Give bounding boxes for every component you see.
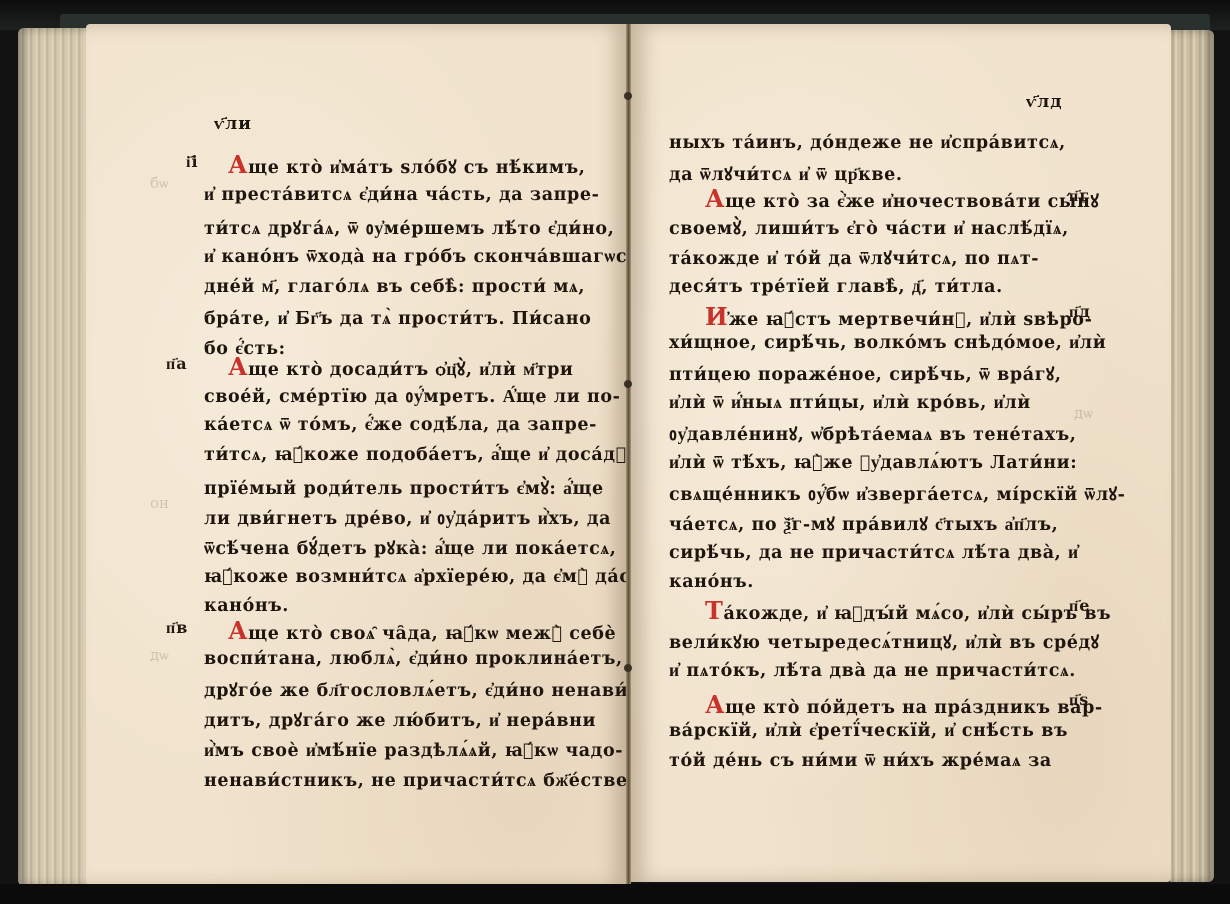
text-line: свѧще́нникъ ᲂу҆́бѡ и҆зверга́етсѧ, мі́рск…	[669, 482, 1125, 506]
text-line: ка́етсѧ ѿ то́мъ, є҆́же содѣ́ла, да запре…	[204, 414, 597, 435]
text-line: Аще кто̀ за є҆̀же и҆ночествова́ти сы́нꙋ	[705, 184, 1099, 213]
red-initial: И	[705, 302, 728, 331]
text-line: дрꙋго́е же бл҃гословлѧ́етъ, є҆ди́но нена…	[204, 678, 636, 702]
text-line: да ѿлꙋчи́тсѧ и҆ ѿ цр҃кве.	[669, 162, 903, 186]
binding-stitch	[624, 664, 632, 672]
text-line: ти́тсѧ, ꙗ҆́коже подоба́етъ, а҆́ще и҆ дос…	[204, 444, 627, 465]
red-initial: А	[228, 616, 248, 645]
text-line: Аще кто̀ по́йдетъ на пра́здникъ вар-	[705, 690, 1103, 719]
canon-number: п҃в	[166, 618, 188, 638]
red-initial: А	[228, 150, 248, 179]
text-line: своемꙋ̀, лиши́тъ є҆го̀ ча́сти и҆ наслѣ́д…	[669, 216, 1069, 240]
text-line: ва́рскїй, и҆лѝ є҆ретї́ческїй, и҆ снѣ́сть…	[669, 720, 1068, 741]
text-line: та́кожде и҆ то́й да ѿлꙋчи́тсѧ, по пѧт-	[669, 246, 1039, 270]
text-line: кано́нъ.	[669, 572, 754, 592]
show-through-text: дѡ	[1074, 404, 1093, 423]
left-page: ѵ҃ли бѡ он дѡ і҃і Аще кто̀ и҆ма́тъ ѕло́б…	[86, 24, 629, 886]
canon-number: п҃а	[166, 354, 188, 374]
red-initial: Т	[705, 596, 723, 625]
text-line: Аще кто̀ своѧ̑ ча̑да, ꙗ҆́кѡ межꙋ̀ себѐ	[228, 616, 616, 645]
red-initial: А	[705, 184, 725, 213]
text-line: вели́кꙋю четыредесѧ́тницꙋ, и҆лѝ въ сре́д…	[669, 630, 1100, 654]
text-line: Та́кожде, и҆ ꙗ҆дꙑ́й мѧ́со, и҆лѝ сы́ръ въ	[705, 596, 1111, 625]
text-line: сирѣ́чь, да не причасти́тсѧ лѣ́та два̀, …	[669, 542, 1079, 563]
text-line: И҆же ꙗ҆́стъ мертвечи́нꙋ, и҆лѝ ѕвѣро-	[705, 302, 1092, 331]
text-line: Аще кто̀ и҆ма́тъ ѕло́бꙋ съ нѣ́кимъ,	[228, 150, 585, 179]
text-line: свое́й, сме́ртїю да ᲂу҆́мретъ. А҆́ще ли …	[204, 384, 621, 408]
text-line: воспи́тана, люблѧ̀, є҆ди́но проклина́етъ…	[204, 648, 623, 669]
text-line: ти́тсѧ дрꙋга́ѧ, ѿ ᲂу҆ме́ршемъ лѣ́то є҆ди…	[204, 216, 614, 240]
folio-number-right: ѵ҃лд	[1026, 92, 1063, 112]
show-through-text: бѡ	[150, 174, 169, 193]
text-line: и҆лѝ ѿ и҆́ныѧ пти́цы, и҆лѝ кро́вь, и҆лѝ	[669, 392, 1031, 413]
text-line: и҆̀мъ своѐ и҆мѣ́нїе раздѣлѧ́ѧй, ꙗ҆́кѡ ча…	[204, 740, 623, 761]
text-line: ᲂу҆давле́нинꙋ, ѡ҆брѣта́емаѧ въ тене́тахъ…	[669, 422, 1076, 446]
text-line: хи́щное, сирѣ́чь, волко́мъ снѣдо́мое, и҆…	[669, 332, 1106, 353]
left-page-block-edge	[18, 28, 90, 886]
folio-number-left: ѵ҃ли	[214, 114, 252, 134]
red-initial: А	[705, 690, 725, 719]
text-line: Аще кто̀ досади́тъ ѻ҆ц҃ꙋ̀, и҆лѝ м҃три	[228, 352, 574, 381]
text-line: то́й де́нь съ ни́ми ѿ ни́хъ жре́маѧ за	[669, 750, 1052, 771]
text-line: деся́тъ тре́тїей главѣ̀, д҃, ти́тла.	[669, 276, 1003, 297]
show-through-text: он	[150, 494, 169, 512]
right-page-block-edge	[1170, 30, 1214, 882]
dark-background-bottom	[0, 884, 1230, 904]
show-through-text: дѡ	[150, 646, 169, 665]
text-line: и҆ пѧто́къ, лѣ́та два̀ да не причасти́тс…	[669, 660, 1076, 681]
text-line: прїе́мый роди́тель прости́тъ є҆мꙋ̀: а҆́щ…	[204, 476, 604, 500]
right-page: ѵ҃лд дѡ ныхъ та́инъ, до́ндеже не и҆спра́…	[629, 24, 1171, 882]
text-line: и҆ кано́нъ ѿхода̀ на гро́бъ сконча́вшагѡ…	[204, 246, 636, 267]
text-line: бра́те, и҆ Бг҃ъ да тѧ̀ прости́тъ. Пи́сан…	[204, 308, 591, 329]
text-line: кано́нъ.	[204, 596, 289, 616]
text-line: ѿсѣ́чена бꙋ́детъ рꙋка̀: а҆́ще ли пока́ет…	[204, 536, 616, 560]
text-line: дне́й м҃, глаго́лѧ въ себѣ̀: прости́ мѧ,	[204, 276, 585, 297]
binding-stitch	[624, 92, 632, 100]
book-gutter	[626, 24, 631, 886]
text-line: ча́етсѧ, по ѯ҃г-мꙋ пра́вилꙋ с҃тыхъ а҆п҃л…	[669, 512, 1058, 536]
binding-stitch	[624, 380, 632, 388]
text-line: ненави́стникъ, не причасти́тсѧ бж҃е́стве…	[204, 770, 649, 791]
text-line: ꙗ҆́коже возмни́тсѧ а҆рхїере́ю, да є҆мꙋ̀ …	[204, 566, 656, 587]
red-initial: А	[228, 352, 248, 381]
text-line: и҆ преста́витсѧ є҆ди́на ча́сть, да запре…	[204, 184, 599, 205]
canon-number: і҃і	[186, 152, 199, 172]
text-line: ли дви́гнетъ дре́во, и҆ ᲂу҆да́ритъ и҆̀хъ…	[204, 506, 611, 530]
text-line: ныхъ та́инъ, до́ндеже не и҆спра́витсѧ,	[669, 132, 1066, 153]
text-line: дитъ, дрꙋга́го же лю́битъ, и҆ нера́вни	[204, 708, 596, 732]
text-line: пти́цею пораже́ное, сирѣ́чь, ѿ вра́гꙋ,	[669, 362, 1062, 386]
text-line: и҆лѝ ѿ тѣ́хъ, ꙗ҆̀же ᲂу҆давлѧ́ютъ Лати́ни…	[669, 452, 1077, 473]
